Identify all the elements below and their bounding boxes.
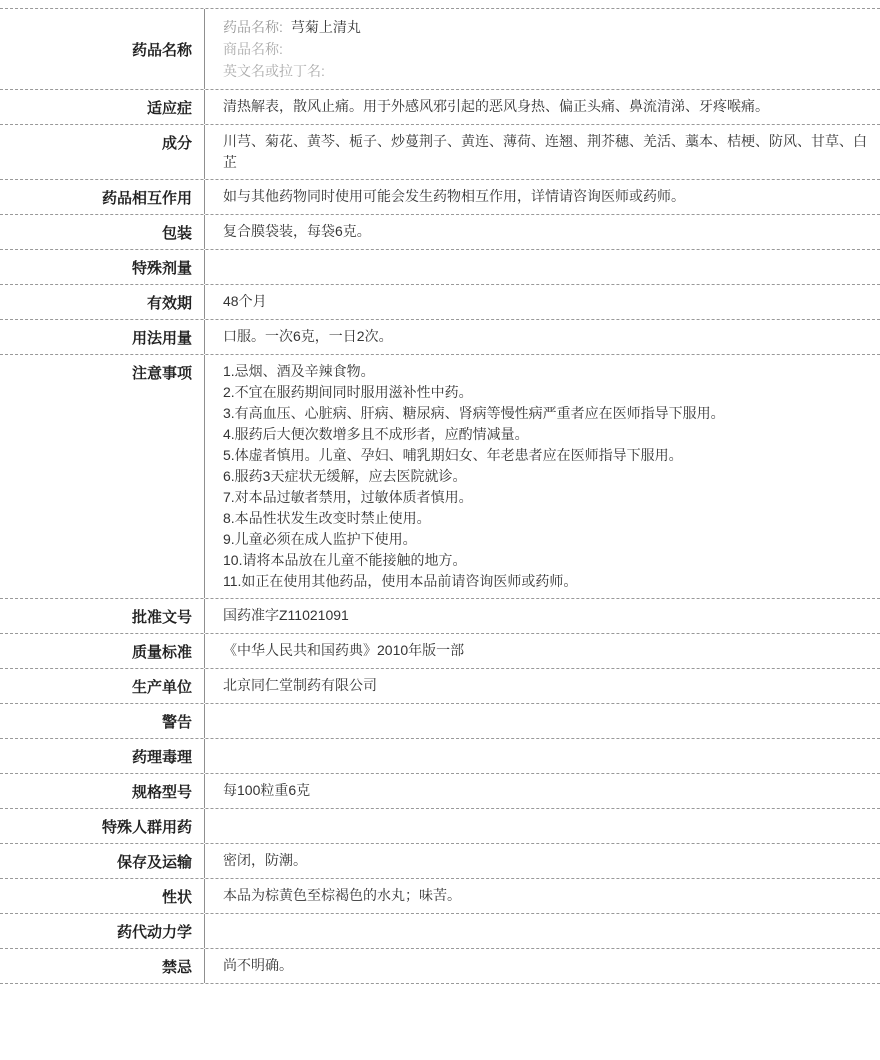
row-value: [205, 809, 880, 843]
row-value: 药品名称:芎菊上清丸 商品名称: 英文名或拉丁名:: [205, 9, 880, 89]
table-row: 成分 川芎、菊花、黄芩、栀子、炒蔓荆子、黄连、薄荷、连翘、荆芥穗、羌活、藁本、桔…: [0, 125, 880, 180]
row-label: 有效期: [0, 285, 205, 319]
row-label: 质量标准: [0, 634, 205, 668]
table-row: 性状 本品为棕黄色至棕褐色的水丸；味苦。: [0, 879, 880, 914]
value-line: 10.请将本品放在儿童不能接触的地方。: [223, 550, 868, 571]
row-label: 用法用量: [0, 320, 205, 354]
value-line: 川芎、菊花、黄芩、栀子、炒蔓荆子、黄连、薄荷、连翘、荆芥穗、羌活、藁本、桔梗、防…: [223, 131, 868, 173]
table-row: 注意事项 1.忌烟、酒及辛辣食物。2.不宜在服药期间同时服用滋补性中药。3.有高…: [0, 355, 880, 599]
row-value: 《中华人民共和国药典》2010年版一部: [205, 634, 880, 668]
drug-info-page: 药品名称 药品名称:芎菊上清丸 商品名称: 英文名或拉丁名: 适应症 清热解表，…: [0, 0, 880, 1060]
table-row: 特殊人群用药: [0, 809, 880, 844]
value-line: 本品为棕黄色至棕褐色的水丸；味苦。: [223, 885, 868, 906]
table-row: 警告: [0, 704, 880, 739]
row-label: 药代动力学: [0, 914, 205, 948]
value-line: 清热解表，散风止痛。用于外感风邪引起的恶风身热、偏正头痛、鼻流清涕、牙疼喉痛。: [223, 96, 868, 117]
value-line: 7.对本品过敏者禁用，过敏体质者慎用。: [223, 487, 868, 508]
row-value: 48个月: [205, 285, 880, 319]
row-value: 北京同仁堂制药有限公司: [205, 669, 880, 703]
drug-info-table: 药品名称 药品名称:芎菊上清丸 商品名称: 英文名或拉丁名: 适应症 清热解表，…: [0, 8, 880, 984]
table-row: 规格型号 每100粒重6克: [0, 774, 880, 809]
value-line: 48个月: [223, 291, 868, 312]
value-line: 8.本品性状发生改变时禁止使用。: [223, 508, 868, 529]
table-row: 适应症 清热解表，散风止痛。用于外感风邪引起的恶风身热、偏正头痛、鼻流清涕、牙疼…: [0, 90, 880, 125]
value-line: 1.忌烟、酒及辛辣食物。: [223, 361, 868, 382]
value-line: 2.不宜在服药期间同时服用滋补性中药。: [223, 382, 868, 403]
value-line: 尚不明确。: [223, 955, 868, 976]
table-row: 包装 复合膜袋装，每袋6克。: [0, 215, 880, 250]
value-line: 4.服药后大便次数增多且不成形者，应酌情减量。: [223, 424, 868, 445]
row-value: [205, 704, 880, 738]
row-value: 清热解表，散风止痛。用于外感风邪引起的恶风身热、偏正头痛、鼻流清涕、牙疼喉痛。: [205, 90, 880, 124]
row-label: 注意事项: [0, 355, 205, 598]
row-label: 特殊剂量: [0, 250, 205, 284]
row-label: 性状: [0, 879, 205, 913]
value-line: 口服。一次6克，一日2次。: [223, 326, 868, 347]
value-line: 3.有高血压、心脏病、肝病、糖尿病、肾病等慢性病严重者应在医师指导下服用。: [223, 403, 868, 424]
table-row: 药代动力学: [0, 914, 880, 949]
row-label: 药品相互作用: [0, 180, 205, 214]
row-value: [205, 739, 880, 773]
row-value: 如与其他药物同时使用可能会发生药物相互作用，详情请咨询医师或药师。: [205, 180, 880, 214]
row-label: 保存及运输: [0, 844, 205, 878]
table-row: 特殊剂量: [0, 250, 880, 285]
row-label: 包装: [0, 215, 205, 249]
value-line: 《中华人民共和国药典》2010年版一部: [223, 640, 868, 661]
row-label: 规格型号: [0, 774, 205, 808]
value-line: 国药准字Z11021091: [223, 605, 868, 626]
row-label: 适应症: [0, 90, 205, 124]
value-line: 6.服药3天症状无缓解，应去医院就诊。: [223, 466, 868, 487]
table-row: 质量标准 《中华人民共和国药典》2010年版一部: [0, 634, 880, 669]
value-line: 如与其他药物同时使用可能会发生药物相互作用，详情请咨询医师或药师。: [223, 186, 868, 207]
value-line: 复合膜袋装，每袋6克。: [223, 221, 868, 242]
table-row: 批准文号 国药准字Z11021091: [0, 599, 880, 634]
trade-name-sub-label: 商品名称:: [223, 41, 283, 57]
drug-name-value: 芎菊上清丸: [291, 19, 361, 35]
row-value: 1.忌烟、酒及辛辣食物。2.不宜在服药期间同时服用滋补性中药。3.有高血压、心脏…: [205, 355, 880, 598]
row-value: 密闭，防潮。: [205, 844, 880, 878]
value-line: 每100粒重6克: [223, 780, 868, 801]
row-label: 警告: [0, 704, 205, 738]
table-row: 生产单位 北京同仁堂制药有限公司: [0, 669, 880, 704]
english-name-line: 英文名或拉丁名:: [223, 60, 868, 82]
drug-name-line: 药品名称:芎菊上清丸: [223, 16, 868, 38]
row-value: [205, 914, 880, 948]
row-label: 特殊人群用药: [0, 809, 205, 843]
english-name-sub-label: 英文名或拉丁名:: [223, 63, 325, 79]
trade-name-line: 商品名称:: [223, 38, 868, 60]
value-line: 密闭，防潮。: [223, 850, 868, 871]
table-row: 禁忌 尚不明确。: [0, 949, 880, 984]
row-label: 批准文号: [0, 599, 205, 633]
value-line: 9.儿童必须在成人监护下使用。: [223, 529, 868, 550]
value-line: 11.如正在使用其他药品，使用本品前请咨询医师或药师。: [223, 571, 868, 592]
value-line: 5.体虚者慎用。儿童、孕妇、哺乳期妇女、年老患者应在医师指导下服用。: [223, 445, 868, 466]
row-value: 国药准字Z11021091: [205, 599, 880, 633]
drug-name-sub-label: 药品名称:: [223, 19, 283, 35]
table-row: 保存及运输 密闭，防潮。: [0, 844, 880, 879]
row-value: 本品为棕黄色至棕褐色的水丸；味苦。: [205, 879, 880, 913]
row-label: 药品名称: [0, 9, 205, 89]
row-value: [205, 250, 880, 284]
row-label: 成分: [0, 125, 205, 179]
row-value: 复合膜袋装，每袋6克。: [205, 215, 880, 249]
table-row: 药品相互作用 如与其他药物同时使用可能会发生药物相互作用，详情请咨询医师或药师。: [0, 180, 880, 215]
table-row: 用法用量 口服。一次6克，一日2次。: [0, 320, 880, 355]
row-value: 每100粒重6克: [205, 774, 880, 808]
value-line: 北京同仁堂制药有限公司: [223, 675, 868, 696]
table-row-drug-name: 药品名称 药品名称:芎菊上清丸 商品名称: 英文名或拉丁名:: [0, 9, 880, 90]
row-value: 尚不明确。: [205, 949, 880, 983]
row-value: 口服。一次6克，一日2次。: [205, 320, 880, 354]
table-rows-container: 适应症 清热解表，散风止痛。用于外感风邪引起的恶风身热、偏正头痛、鼻流清涕、牙疼…: [0, 90, 880, 984]
row-label: 药理毒理: [0, 739, 205, 773]
row-value: 川芎、菊花、黄芩、栀子、炒蔓荆子、黄连、薄荷、连翘、荆芥穗、羌活、藁本、桔梗、防…: [205, 125, 880, 179]
table-row: 有效期 48个月: [0, 285, 880, 320]
row-label: 生产单位: [0, 669, 205, 703]
table-row: 药理毒理: [0, 739, 880, 774]
row-label: 禁忌: [0, 949, 205, 983]
